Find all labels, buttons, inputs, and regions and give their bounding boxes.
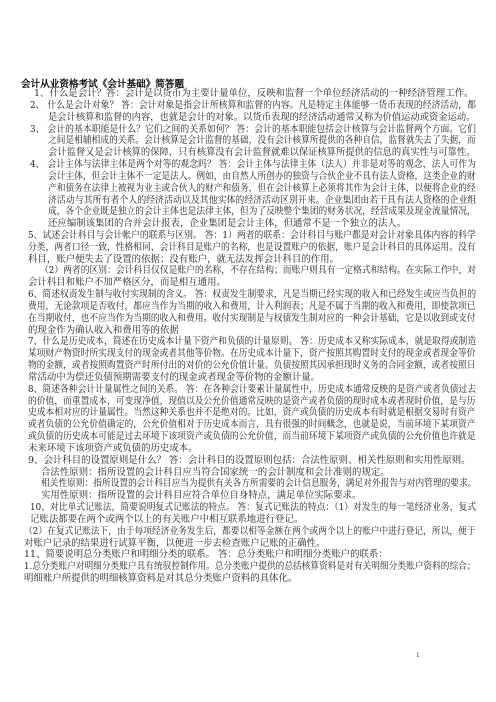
document-line: 的现金作为确认收入和费用等的依据 — [28, 325, 179, 336]
document-line: 4、 会计主体与法律主体是两个对等的观念吗？ 答：会计主体与法律主体（法人）并非… — [30, 159, 476, 170]
document-line: 10、对比单式记账法，简要说明复式记账法的特点。 答：复式记账法的特点：（1）对… — [30, 502, 476, 513]
document-line: 科目，账户便失去了设置的依据；没有账户，就无法发挥会计科目的作用。 — [28, 254, 339, 265]
document-line: 会计科目和账户不加严格区分，而是相互通用。 — [28, 277, 226, 288]
document-line: 3、 会计的基本职能是什么？它们之间的关系如何？ 答：会计的基本职能包括会计核算… — [30, 124, 476, 135]
document-line: 济活动与其所有者个人的经济活动以及其他实体的经济活动区别开来。企业集团由若干具有… — [48, 195, 476, 206]
document-line: 的价值，而重置成本，可变现净值，现值以及公允价值通常反映的是资产或者负债的现时成… — [28, 396, 476, 407]
document-line: 成，各个企业既是独立的会计主体也是法律主体，但为了反映整个集团的财务状况，经营成… — [48, 206, 476, 217]
document-line: 或者负债的公允价值确定的，公允价值相对于历史成本而言，具有很强的时间概念，也就是… — [28, 419, 476, 430]
document-line: 常活动中为偿还负债预期需要支付的现金或者现金等价物的金额计量。 — [28, 372, 320, 383]
document-line: 1.总分类账户对明细分类账户具有统驭控制作用。总分类账户提供的总括核算资料是对有… — [24, 561, 476, 572]
document-line: 物的金额，或者按照购置资产时所付出的对价的公允价值计量。负债按照其因承担现时义务… — [28, 360, 476, 371]
document-line: 11、简要说明总分类账户和明细分类的联系。 答：总分类账户和明细分类账户的联系： — [24, 549, 388, 560]
document-line: 对账户记录的结果进行试算平衡，以便进一步去检查账户记账的正确性。 — [24, 538, 326, 549]
document-line: 2、 什么是会计对象？ 答：会计对象是指会计所核算和监督的内容。凡是特定主体能够… — [30, 100, 476, 111]
document-line: 明细账户所提供的明细核算资料是对其总分类账户资料的具体化。 — [24, 573, 297, 584]
document-line: 产和债务在法律上被视为业主或合伙人的财产和债务，但在会计核算上必须将其作为会计主… — [48, 183, 476, 194]
document-line: 实用性原则：指所设置的会计科目应符合单位自身特点，满足单位实际要求。 — [41, 490, 361, 501]
document-line: 之间是相辅相成的关系。会计核算是会计监督的基础，没有会计核算所提供的各种自信，监… — [48, 135, 476, 146]
document-line: （2）在复式记账法下，由于每项经济业务发生后，都要以相等金额在两个或两个以上的账… — [24, 526, 476, 537]
document-line: 5、试述会计科目与会计帐户的联系与区别。 答：1）两者的联系：会计科目与账户都是… — [28, 230, 476, 241]
document-line: 或负债的历史成本可能是过去环境下该项资产或负债的公允价值，而当前环境下某项资产或… — [28, 431, 476, 442]
document-line: 未来环境下该项资产或负债的历史成本。 — [28, 443, 198, 454]
document-line: 分类，两者口径一致，性格相同，会计科目是账户的名称，也是设置账户的依据，账户是会… — [28, 242, 476, 253]
document-line: 1、什么是会计？答：会计是以货币为主要计量单位，反映和监督一个单位经济活动的一种… — [34, 88, 474, 99]
document-line: 9、会计科目的设置原则是什么？ 答：会计科目的设置原则包括：合法性原则、相关性原… — [28, 455, 471, 466]
document-line: 相关性原则：指所设置的会计科目应当为提供有关各方所需要的会计信息服务，满足对外报… — [41, 478, 476, 489]
document-page: 会计从业资格考试《会计基础》简答题 1、什么是会计？答：会计是以货币为主要计量单… — [0, 0, 496, 702]
document-line: 7、什么是历史成本，简述在历史成本计量下资产和负债的计量原则。 答：历史成本又称… — [28, 336, 476, 347]
document-line: 会计监督又是会计核算的保障，只有核算没有会计监督就难以保证核算所提供的信息的真实… — [48, 147, 475, 158]
document-line: 某项财产物资时所实现支付的现金或者其他等价物。在历史成本计量下，资产按照其购置时… — [28, 348, 476, 359]
document-line: 合法性原则：指所设置的会计科目应当符合国家统一的会计制度和会计准则的规定。 — [41, 467, 390, 478]
document-line: 会计主体，但会计主体不一定是法人。例如，由自然人所创办的独资与合伙企业不具有法人… — [48, 171, 476, 182]
document-line: 费用，无论款项是否收付，都应当作为当期的收入和费用，计入利润表；凡是不属于当期的… — [28, 301, 476, 312]
document-line: 史成本相对应的计量属性。当然这种关系也并不是绝对的。比如，资产或负债的历史成本有… — [28, 407, 476, 418]
document-line: 在当期收付，也不应当作为当期的收入和费用。收付实现制是与权债发生制对应的一种会计… — [28, 313, 476, 324]
document-line: （2）两者的区别：会计科目仅仅是账户的名称，不存在结构；而账户则具有一定格式和结… — [40, 265, 476, 276]
document-line: 记账法都要在两个或两个以上的有关账户中相互联系地进行登记。 — [30, 514, 303, 525]
document-line: 还应编制该集团的合并会计报表，企业集团是会计主体，但通常不是一个独立的法人。 — [48, 218, 406, 229]
document-line: 6、简述权责发生制与收付实现制的含义。 答：权责发生制要求，凡是当期已经实现的收… — [28, 289, 476, 300]
document-line: 8、简述各种会计计量属性之间的关系。 答：在各种会计要素计量属性中，历史成本通常… — [28, 384, 476, 395]
page-number: 1 — [416, 651, 420, 659]
document-line: 是会计核算和监督的内容，也就是会计的对象。以货币表现的经济活动通常又称为价值运动… — [48, 112, 475, 123]
